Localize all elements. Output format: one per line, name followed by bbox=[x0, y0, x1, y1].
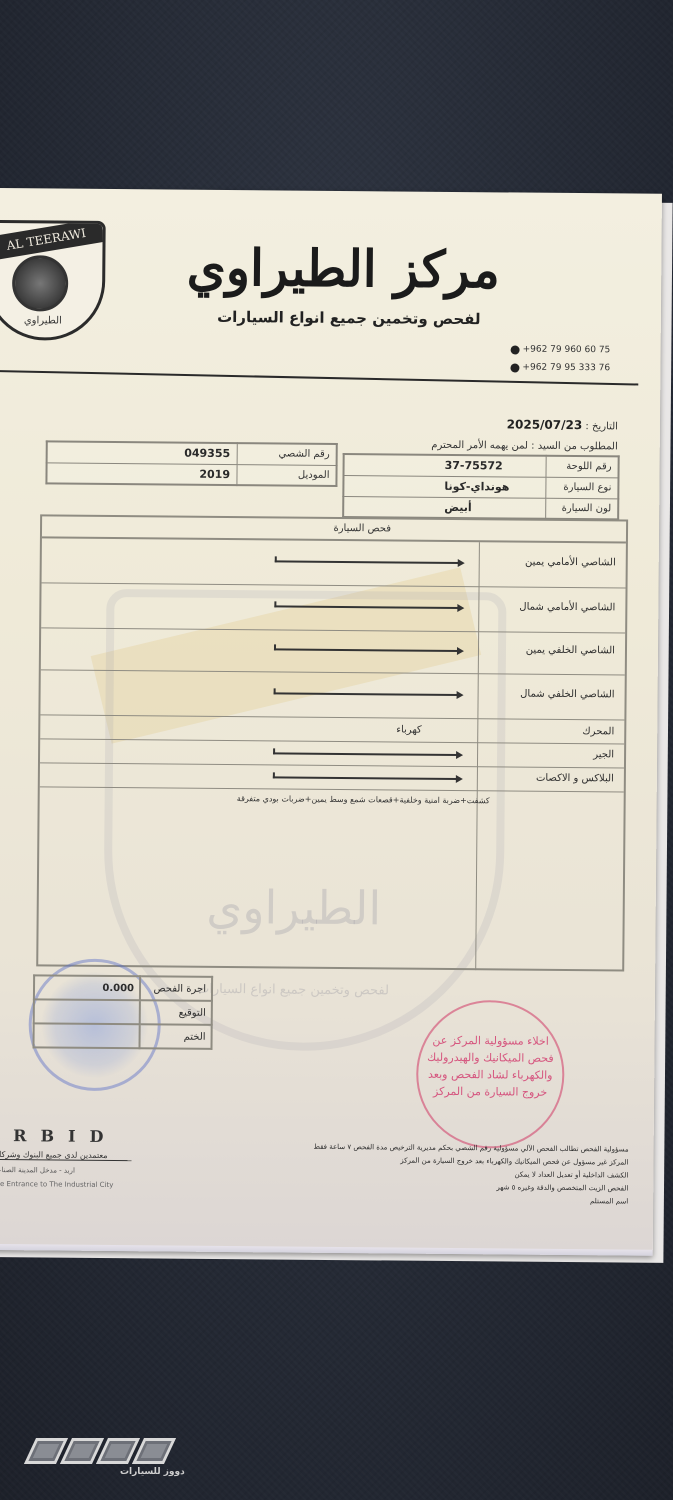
phone-list: +962 79 960 60 75 +962 79 95 333 76 bbox=[510, 340, 610, 377]
fee-signature-table: 0.000 اجرة الفحص التوقيع الختم bbox=[32, 974, 213, 1050]
table-row: 0.000 اجرة الفحص bbox=[34, 975, 212, 1001]
company-subtitle: لفحص وتخمين جميع انواع السيارات bbox=[199, 308, 499, 329]
inspection-row-front-right: الشاصي الأمامي يمين bbox=[42, 538, 626, 588]
phone-entry: +962 79 95 333 76 bbox=[510, 358, 610, 377]
chassis-model-table: 049355 رقم الشصي 2019 الموديل bbox=[45, 440, 337, 487]
date-line: التاريخ : 2025/07/23 bbox=[431, 414, 618, 438]
inspection-fee-value: 0.000 bbox=[34, 975, 140, 1000]
company-title: مركز الطيراوي bbox=[133, 237, 553, 300]
car-color-label: لون السيارة bbox=[545, 498, 618, 520]
report-meta: التاريخ : 2025/07/23 المطلوب من السيد : … bbox=[431, 414, 618, 458]
car-type-label: نوع السيارة bbox=[545, 477, 618, 499]
logo-name: الطيراوي bbox=[0, 315, 88, 327]
car-color-value: أبيض bbox=[343, 496, 545, 519]
red-disclaimer-stamp: اخلاء مسؤولية المركز عن فحص الميكانيك وا… bbox=[416, 1000, 565, 1149]
row-label: الجير bbox=[593, 749, 614, 760]
phone-number: +962 79 960 60 75 bbox=[523, 341, 611, 360]
requested-value: لمن يهمه الأمر المحترم bbox=[431, 440, 528, 452]
model-year-value: 2019 bbox=[46, 462, 236, 485]
table-row: 049355 رقم الشصي bbox=[47, 441, 337, 465]
branch-accreditation: معتمدين لدى جميع البنوك وشركات bbox=[0, 1150, 132, 1161]
row-label: الشاصي الأمامي يمين bbox=[525, 557, 616, 569]
arrow-line-icon bbox=[273, 776, 459, 780]
phone-entry: +962 79 960 60 75 bbox=[511, 340, 611, 359]
inspection-fee-label: اجرة الفحص bbox=[140, 976, 212, 1001]
phone-number: +962 79 95 333 76 bbox=[522, 359, 610, 378]
inspection-report-document: الطيراوي لفحص وتخمين جميع انواع السيارات… bbox=[0, 188, 662, 1256]
engine-value: كهرباء bbox=[396, 724, 422, 735]
branch-address-en: The Entrance to The Industrial City bbox=[0, 1180, 113, 1189]
row-label: الشاصي الخلفي يمين bbox=[526, 645, 615, 657]
arrow-line-icon bbox=[274, 692, 460, 696]
signature-label: التوقيع bbox=[140, 1000, 212, 1025]
table-row: هونداي-كونا نوع السيارة bbox=[343, 475, 618, 498]
chassis-number-value: 049355 bbox=[47, 441, 237, 464]
inspection-row-front-left: الشاصي الأمامي شمال bbox=[41, 583, 625, 633]
requested-label: المطلوب من السيد : bbox=[531, 441, 618, 453]
date-label: التاريخ : bbox=[585, 421, 618, 432]
table-row: 37-75572 رقم اللوحة bbox=[344, 454, 619, 477]
arrow-line-icon bbox=[274, 648, 460, 652]
dooz-subtitle: دووز للسيارات bbox=[120, 1467, 185, 1477]
chassis-number-label: رقم الشصي bbox=[237, 443, 337, 465]
dooz-letter-shape bbox=[132, 1438, 176, 1464]
vehicle-info-table: 37-75572 رقم اللوحة هونداي-كونا نوع السي… bbox=[342, 453, 620, 520]
watermark-subtitle: لفحص وتخمين جميع انواع السيارات bbox=[193, 980, 393, 1002]
branch-address-ar: اربد - مدخل المدينة الصناعية bbox=[0, 1166, 131, 1175]
stamp-label: الختم bbox=[139, 1024, 211, 1049]
arrow-line-icon bbox=[274, 605, 460, 609]
plate-number-value: 37-75572 bbox=[344, 454, 546, 477]
row-label: المحرك bbox=[582, 726, 614, 737]
plate-number-label: رقم اللوحة bbox=[546, 456, 619, 478]
arrow-line-icon bbox=[275, 560, 461, 564]
inspection-row-rear-left: الشاصي الخلفي شمال bbox=[40, 670, 624, 720]
table-row: 2019 الموديل bbox=[46, 462, 336, 486]
phone-icon bbox=[510, 363, 519, 372]
row-label: الشاصي الخلفي شمال bbox=[520, 689, 615, 701]
inspection-row-body: البلاكس و الاكصات bbox=[40, 763, 624, 792]
signature-value bbox=[34, 999, 140, 1024]
company-logo-badge: AL TEERAWI الطيراوي bbox=[0, 220, 106, 341]
logo-banner-text: AL TEERAWI bbox=[0, 220, 104, 261]
dooz-watermark-logo: دووز للسيارات bbox=[30, 1438, 185, 1477]
car-type-value: هونداي-كونا bbox=[343, 475, 545, 498]
inspection-notes: كشفت+ضربة امنية وخلفية+قصعات شمع وسط يمي… bbox=[150, 793, 490, 805]
inspection-row-rear-right: الشاصي الخلفي يمين bbox=[41, 628, 625, 675]
stamp-value bbox=[34, 1023, 140, 1048]
table-row: أبيض لون السيارة bbox=[343, 496, 618, 519]
phone-icon bbox=[511, 345, 520, 354]
row-label: الشاصي الأمامي شمال bbox=[519, 602, 615, 614]
table-row: الختم bbox=[34, 1023, 212, 1049]
terms-list: مسؤولية الفحص تطالب الفحص الآلي مسؤولية … bbox=[308, 1141, 629, 1209]
dooz-logo-icon bbox=[30, 1438, 185, 1464]
inspection-section: فحص السيارة الشاصي الأمامي يمين الشاصي ا… bbox=[36, 514, 628, 971]
row-label: البلاكس و الاكصات bbox=[536, 773, 614, 785]
date-value: 2025/07/23 bbox=[507, 417, 583, 432]
branch-city: IRBID bbox=[0, 1126, 152, 1146]
lion-head-icon bbox=[12, 255, 68, 311]
table-row: التوقيع bbox=[34, 999, 212, 1025]
model-year-label: الموديل bbox=[236, 464, 336, 486]
arrow-line-icon bbox=[273, 752, 459, 756]
